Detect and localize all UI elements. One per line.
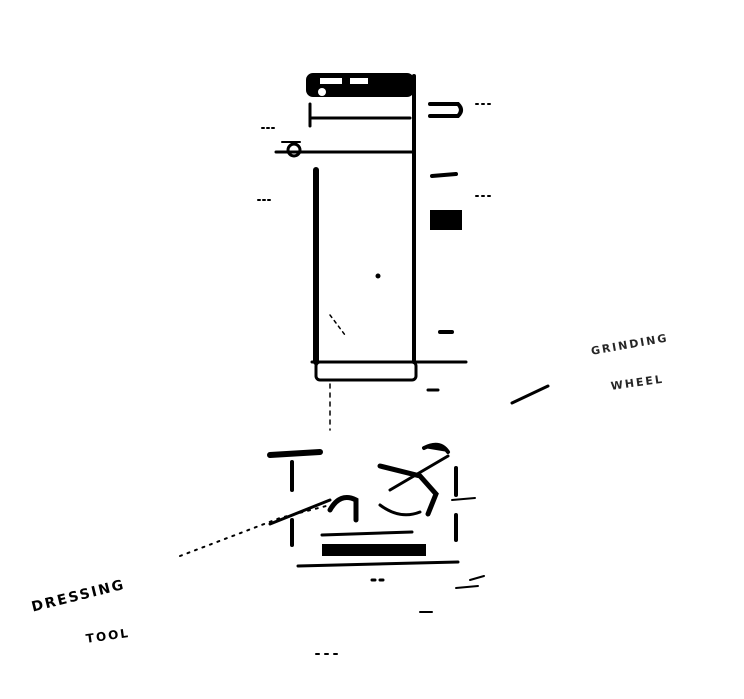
lower-view (270, 445, 475, 566)
side-knob (430, 104, 461, 116)
dressing-tool-leader (180, 505, 330, 556)
right-leader (512, 386, 548, 403)
dressing-tool-leader-solid (270, 500, 330, 524)
upper-reference-line (276, 142, 414, 156)
upper-view-cap (307, 74, 413, 126)
side-block (430, 210, 462, 230)
